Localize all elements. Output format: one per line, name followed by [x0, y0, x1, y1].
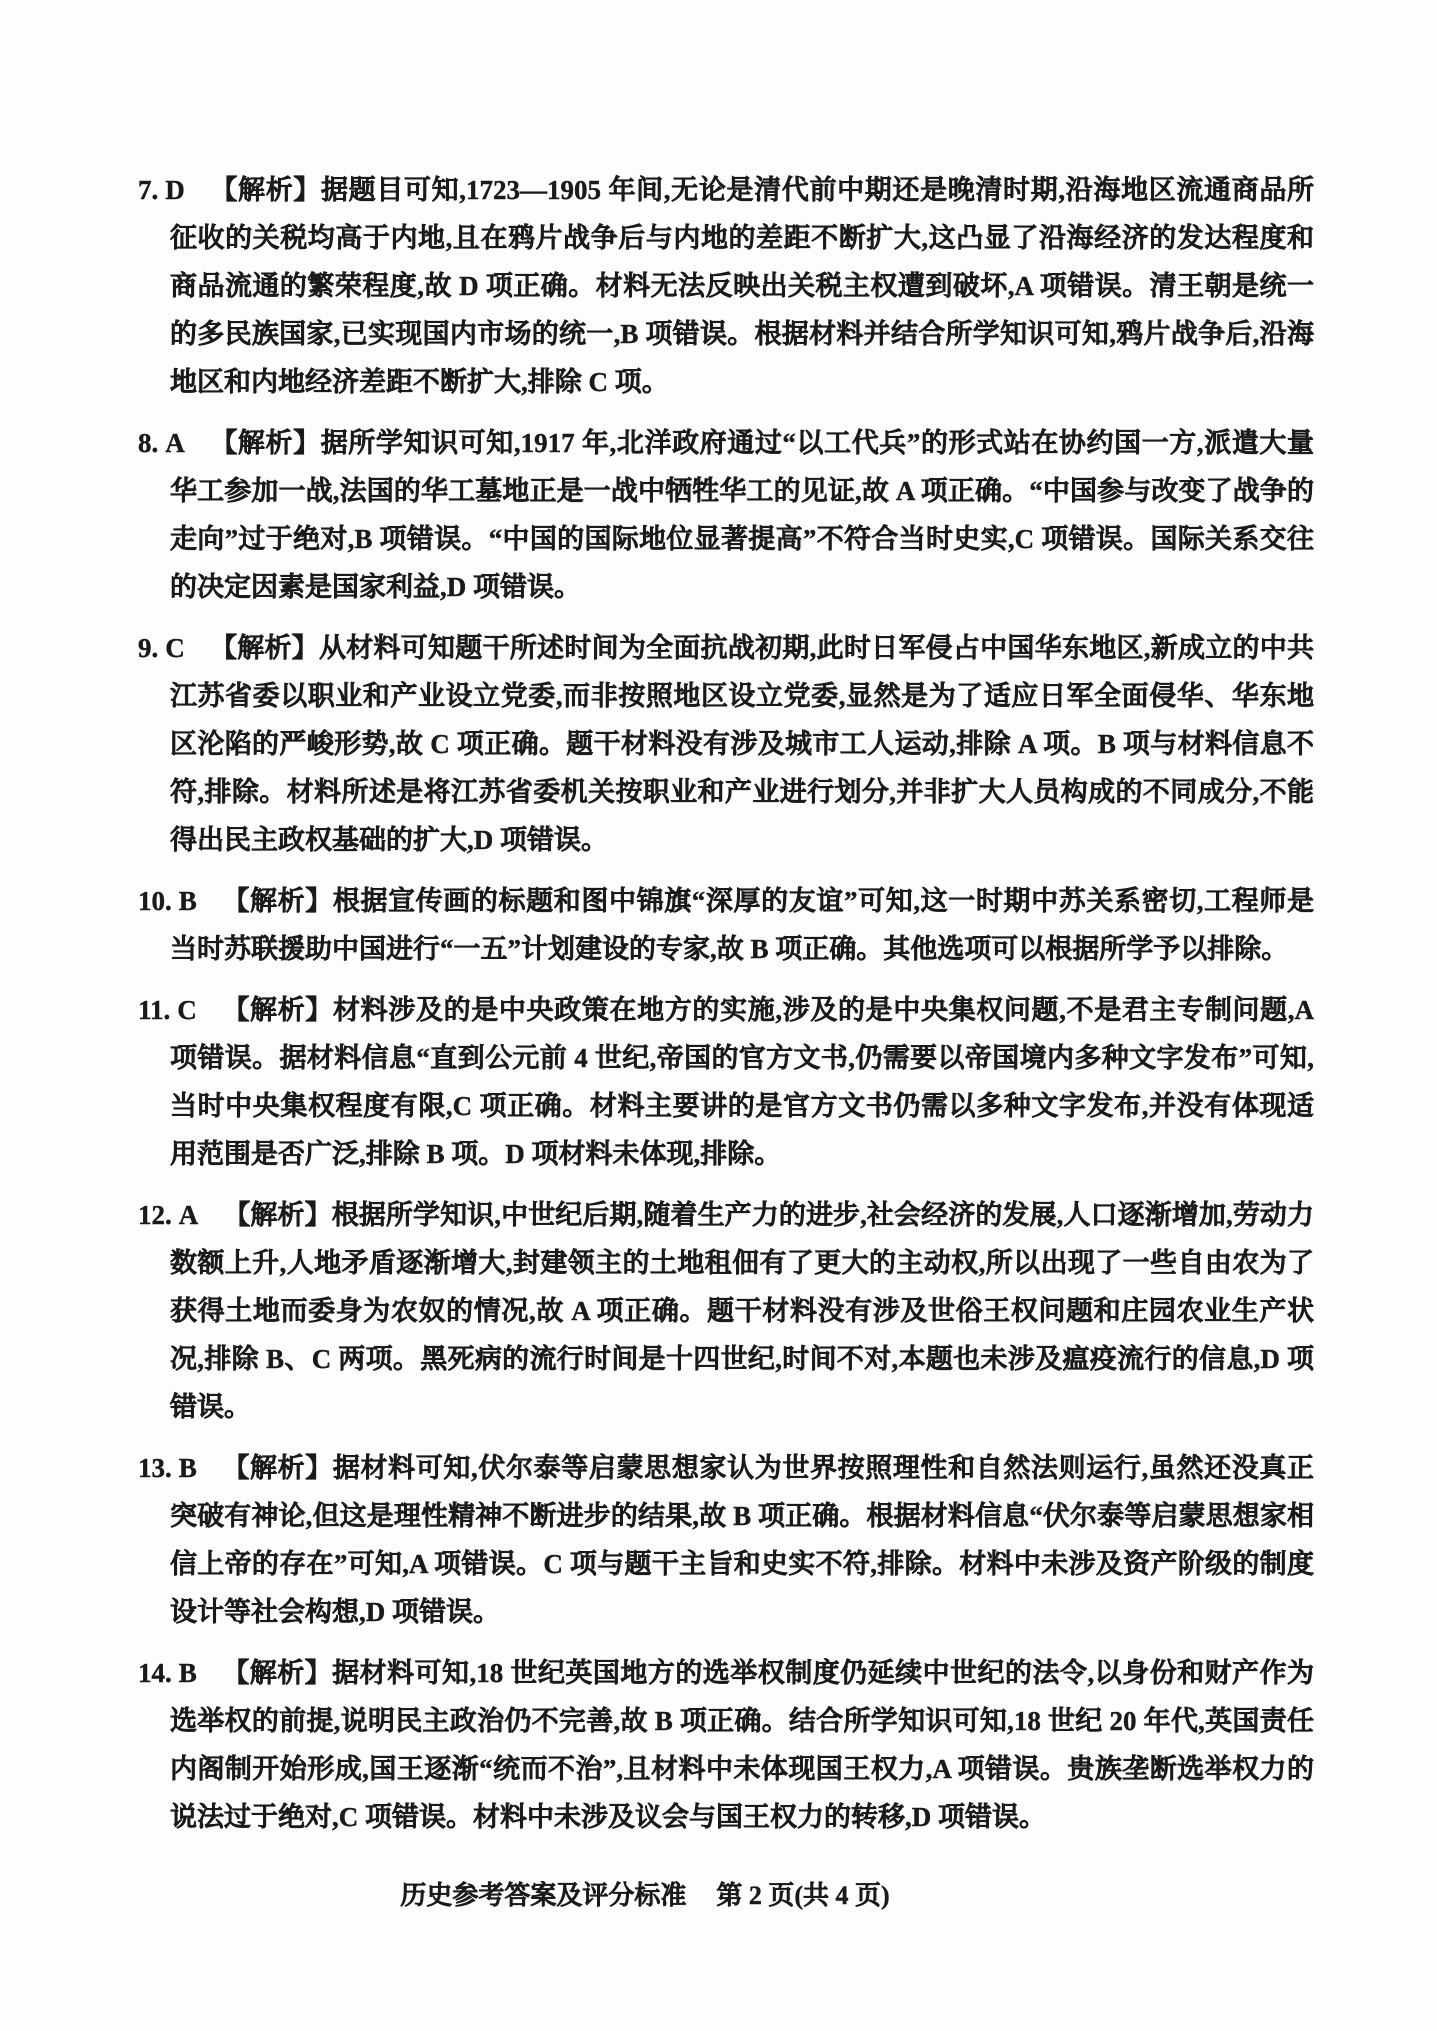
- answer-choice: C: [165, 633, 185, 663]
- page-footer: 历史参考答案及评分标准第 2 页(共 4 页): [0, 1876, 1290, 1916]
- answer-item-7: 7.D【解析】据题目可知,1723—1905 年间,无论是清代前中期还是晚清时期…: [138, 166, 1314, 406]
- answer-item-11: 11.C【解析】材料涉及的是中央政策在地方的实施,涉及的是中央集权问题,不是君主…: [138, 986, 1314, 1178]
- question-number: 11.: [138, 995, 170, 1025]
- answer-choice: B: [179, 886, 197, 916]
- answer-item-8: 8.A【解析】据所学知识可知,1917 年,北洋政府通过“以工代兵”的形式站在协…: [138, 419, 1314, 611]
- analysis-tag: 【解析】: [222, 1658, 332, 1688]
- answer-choice: A: [165, 428, 185, 458]
- analysis-tag: 【解析】: [222, 995, 333, 1025]
- answer-list: 7.D【解析】据题目可知,1723—1905 年间,无论是清代前中期还是晚清时期…: [138, 166, 1314, 1854]
- analysis-tag: 【解析】: [210, 428, 321, 458]
- scanned-answer-sheet-page: 7.D【解析】据题目可知,1723—1905 年间,无论是清代前中期还是晚清时期…: [0, 0, 1437, 2031]
- answer-item-14: 14.B【解析】据材料可知,18 世纪英国地方的选举权制度仍延续中世纪的法令,以…: [138, 1649, 1314, 1841]
- analysis-tag: 【解析】: [210, 175, 321, 205]
- answer-item-12: 12.A【解析】根据所学知识,中世纪后期,随着生产力的进步,社会经济的发展,人口…: [138, 1191, 1314, 1431]
- analysis-text: 据材料可知,伏尔泰等启蒙思想家认为世界按照理性和自然法则运行,虽然还没真正突破有…: [170, 1453, 1314, 1627]
- question-number: 14.: [138, 1658, 172, 1688]
- question-number: 7.: [138, 175, 158, 205]
- footer-document-title: 历史参考答案及评分标准: [400, 1881, 686, 1910]
- answer-item-13: 13.B【解析】据材料可知,伏尔泰等启蒙思想家认为世界按照理性和自然法则运行,虽…: [138, 1444, 1314, 1636]
- analysis-text: 据材料可知,18 世纪英国地方的选举权制度仍延续中世纪的法令,以身份和财产作为选…: [170, 1658, 1314, 1832]
- analysis-tag: 【解析】: [223, 1200, 331, 1230]
- answer-choice: C: [177, 995, 197, 1025]
- analysis-tag: 【解析】: [222, 1453, 333, 1483]
- answer-item-9: 9.C【解析】从材料可知题干所述时间为全面抗战初期,此时日军侵占中国华东地区,新…: [138, 624, 1314, 864]
- analysis-text: 从材料可知题干所述时间为全面抗战初期,此时日军侵占中国华东地区,新成立的中共江苏…: [170, 633, 1314, 855]
- answer-choice: A: [179, 1200, 199, 1230]
- analysis-text: 根据宣传画的标题和图中锦旗“深厚的友谊”可知,这一时期中苏关系密切,工程师是当时…: [170, 886, 1314, 964]
- analysis-text: 根据所学知识,中世纪后期,随着生产力的进步,社会经济的发展,人口逐渐增加,劳动力…: [170, 1200, 1314, 1422]
- answer-item-10: 10.B【解析】根据宣传画的标题和图中锦旗“深厚的友谊”可知,这一时期中苏关系密…: [138, 877, 1314, 973]
- question-number: 12.: [138, 1200, 172, 1230]
- analysis-text: 据题目可知,1723—1905 年间,无论是清代前中期还是晚清时期,沿海地区流通…: [170, 175, 1314, 397]
- question-number: 13.: [138, 1453, 172, 1483]
- question-number: 10.: [138, 886, 172, 916]
- analysis-text: 材料涉及的是中央政策在地方的实施,涉及的是中央集权问题,不是君主专制问题,A 项…: [170, 995, 1314, 1169]
- analysis-text: 据所学知识可知,1917 年,北洋政府通过“以工代兵”的形式站在协约国一方,派遣…: [170, 428, 1314, 602]
- analysis-tag: 【解析】: [210, 633, 319, 663]
- question-number: 8.: [138, 428, 158, 458]
- question-number: 9.: [138, 633, 158, 663]
- answer-choice: B: [179, 1658, 197, 1688]
- answer-choice: D: [165, 175, 185, 205]
- answer-choice: B: [179, 1453, 197, 1483]
- footer-page-number: 第 2 页(共 4 页): [716, 1881, 889, 1910]
- analysis-tag: 【解析】: [222, 886, 333, 916]
